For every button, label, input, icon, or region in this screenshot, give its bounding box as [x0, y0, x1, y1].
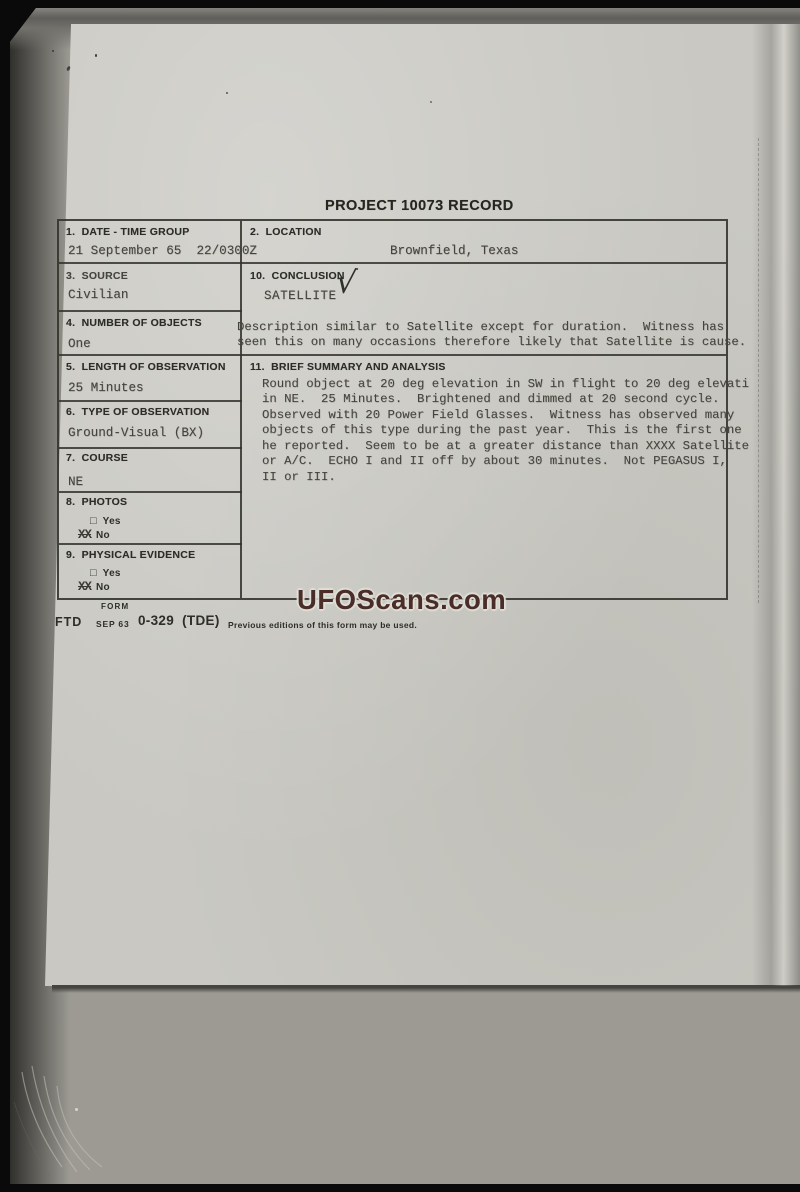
summary-line: he reported. Seem to be at a greater dis… — [262, 439, 749, 454]
length-of-observation-label: 5. LENGTH OF OBSERVATION — [66, 361, 226, 373]
footer-note: Previous editions of this form may be us… — [228, 620, 417, 630]
physical-evidence-checkboxes: □ Yes XX No — [78, 566, 121, 594]
conclusion-value: SATELLITE — [264, 289, 337, 303]
scratch-marks — [0, 1040, 170, 1190]
summary-line: Observed with 20 Power Field Glasses. Wi… — [262, 408, 749, 423]
table-row-line — [59, 400, 242, 402]
summary-line: or A/C. ECHO I and II off by about 30 mi… — [262, 454, 749, 469]
page-edge-shadow — [52, 985, 800, 993]
physical-evidence-label: 9. PHYSICAL EVIDENCE — [66, 549, 195, 561]
physical-evidence-yes-label: Yes — [103, 568, 121, 579]
photos-checkboxes: □ Yes XX No — [78, 514, 121, 542]
physical-evidence-no-row: XX No — [78, 580, 121, 594]
dust-speck — [52, 50, 54, 52]
source-label: 3. SOURCE — [66, 270, 128, 282]
summary-line: objects of this type during the past yea… — [262, 423, 749, 438]
checkbox-icon: □ — [90, 568, 97, 578]
source-value: Civilian — [68, 288, 128, 302]
conclusion-note-line: Description similar to Satellite except … — [237, 320, 746, 335]
type-of-observation-label: 6. TYPE OF OBSERVATION — [66, 406, 209, 418]
summary-line: Round object at 20 deg elevation in SW i… — [262, 377, 749, 392]
date-time-group-value: 21 September 65 22/0300Z — [68, 244, 257, 258]
brief-summary-text: Round object at 20 deg elevation in SW i… — [262, 377, 749, 485]
location-label: 2. LOCATION — [250, 226, 322, 238]
photos-no-mark: XX — [78, 528, 91, 542]
photos-no-row: XX No — [78, 528, 121, 542]
brief-summary-label: 11. BRIEF SUMMARY AND ANALYSIS — [250, 361, 446, 373]
summary-line: in NE. 25 Minutes. Brightened and dimmed… — [262, 392, 749, 407]
table-row-line — [59, 310, 242, 312]
photos-no-label: No — [96, 530, 110, 541]
document-title: PROJECT 10073 RECORD — [325, 198, 514, 214]
location-value: Brownfield, Texas — [390, 244, 518, 258]
scanned-document: PROJECT 10073 RECORD 1. DATE - TIME GROU… — [0, 0, 800, 1192]
footer-agency: FTD — [55, 615, 82, 629]
footer-form-word: FORM — [101, 602, 129, 611]
conclusion-label: 10. CONCLUSION — [250, 270, 345, 282]
course-label: 7. COURSE — [66, 452, 128, 464]
table-column-divider — [240, 221, 242, 598]
course-value: NE — [68, 475, 83, 489]
physical-evidence-no-mark: XX — [78, 580, 91, 594]
watermark: UFOScans.com — [297, 584, 506, 616]
number-of-objects-value: One — [68, 337, 91, 351]
table-row-line — [59, 447, 242, 449]
footer-form-number: 0-329 (TDE) — [138, 613, 220, 628]
photos-label: 8. PHOTOS — [66, 496, 127, 508]
photos-yes-row: □ Yes — [78, 514, 121, 528]
dust-speck — [430, 101, 432, 103]
conclusion-note-line: seen this on many occasions therefore li… — [237, 335, 746, 350]
table-row-line — [59, 491, 242, 493]
physical-evidence-yes-row: □ Yes — [78, 566, 121, 580]
dust-speck — [95, 54, 97, 57]
footer-form-date: SEP 63 — [96, 619, 129, 629]
date-time-group-label: 1. DATE - TIME GROUP — [66, 226, 189, 238]
page-crease — [758, 138, 759, 603]
number-of-objects-label: 4. NUMBER OF OBJECTS — [66, 317, 202, 329]
table-row-line — [59, 543, 242, 545]
type-of-observation-value: Ground-Visual (BX) — [68, 426, 204, 440]
length-of-observation-value: 25 Minutes — [68, 381, 144, 395]
photos-yes-label: Yes — [103, 516, 121, 527]
checkbox-icon: □ — [90, 516, 97, 526]
physical-evidence-no-label: No — [96, 582, 110, 593]
conclusion-notes: Description similar to Satellite except … — [237, 320, 746, 350]
summary-line: II or III. — [262, 470, 749, 485]
dust-speck — [75, 1108, 78, 1111]
table-row-line — [59, 262, 726, 264]
table-row-line — [59, 354, 726, 356]
dust-speck — [226, 92, 228, 94]
